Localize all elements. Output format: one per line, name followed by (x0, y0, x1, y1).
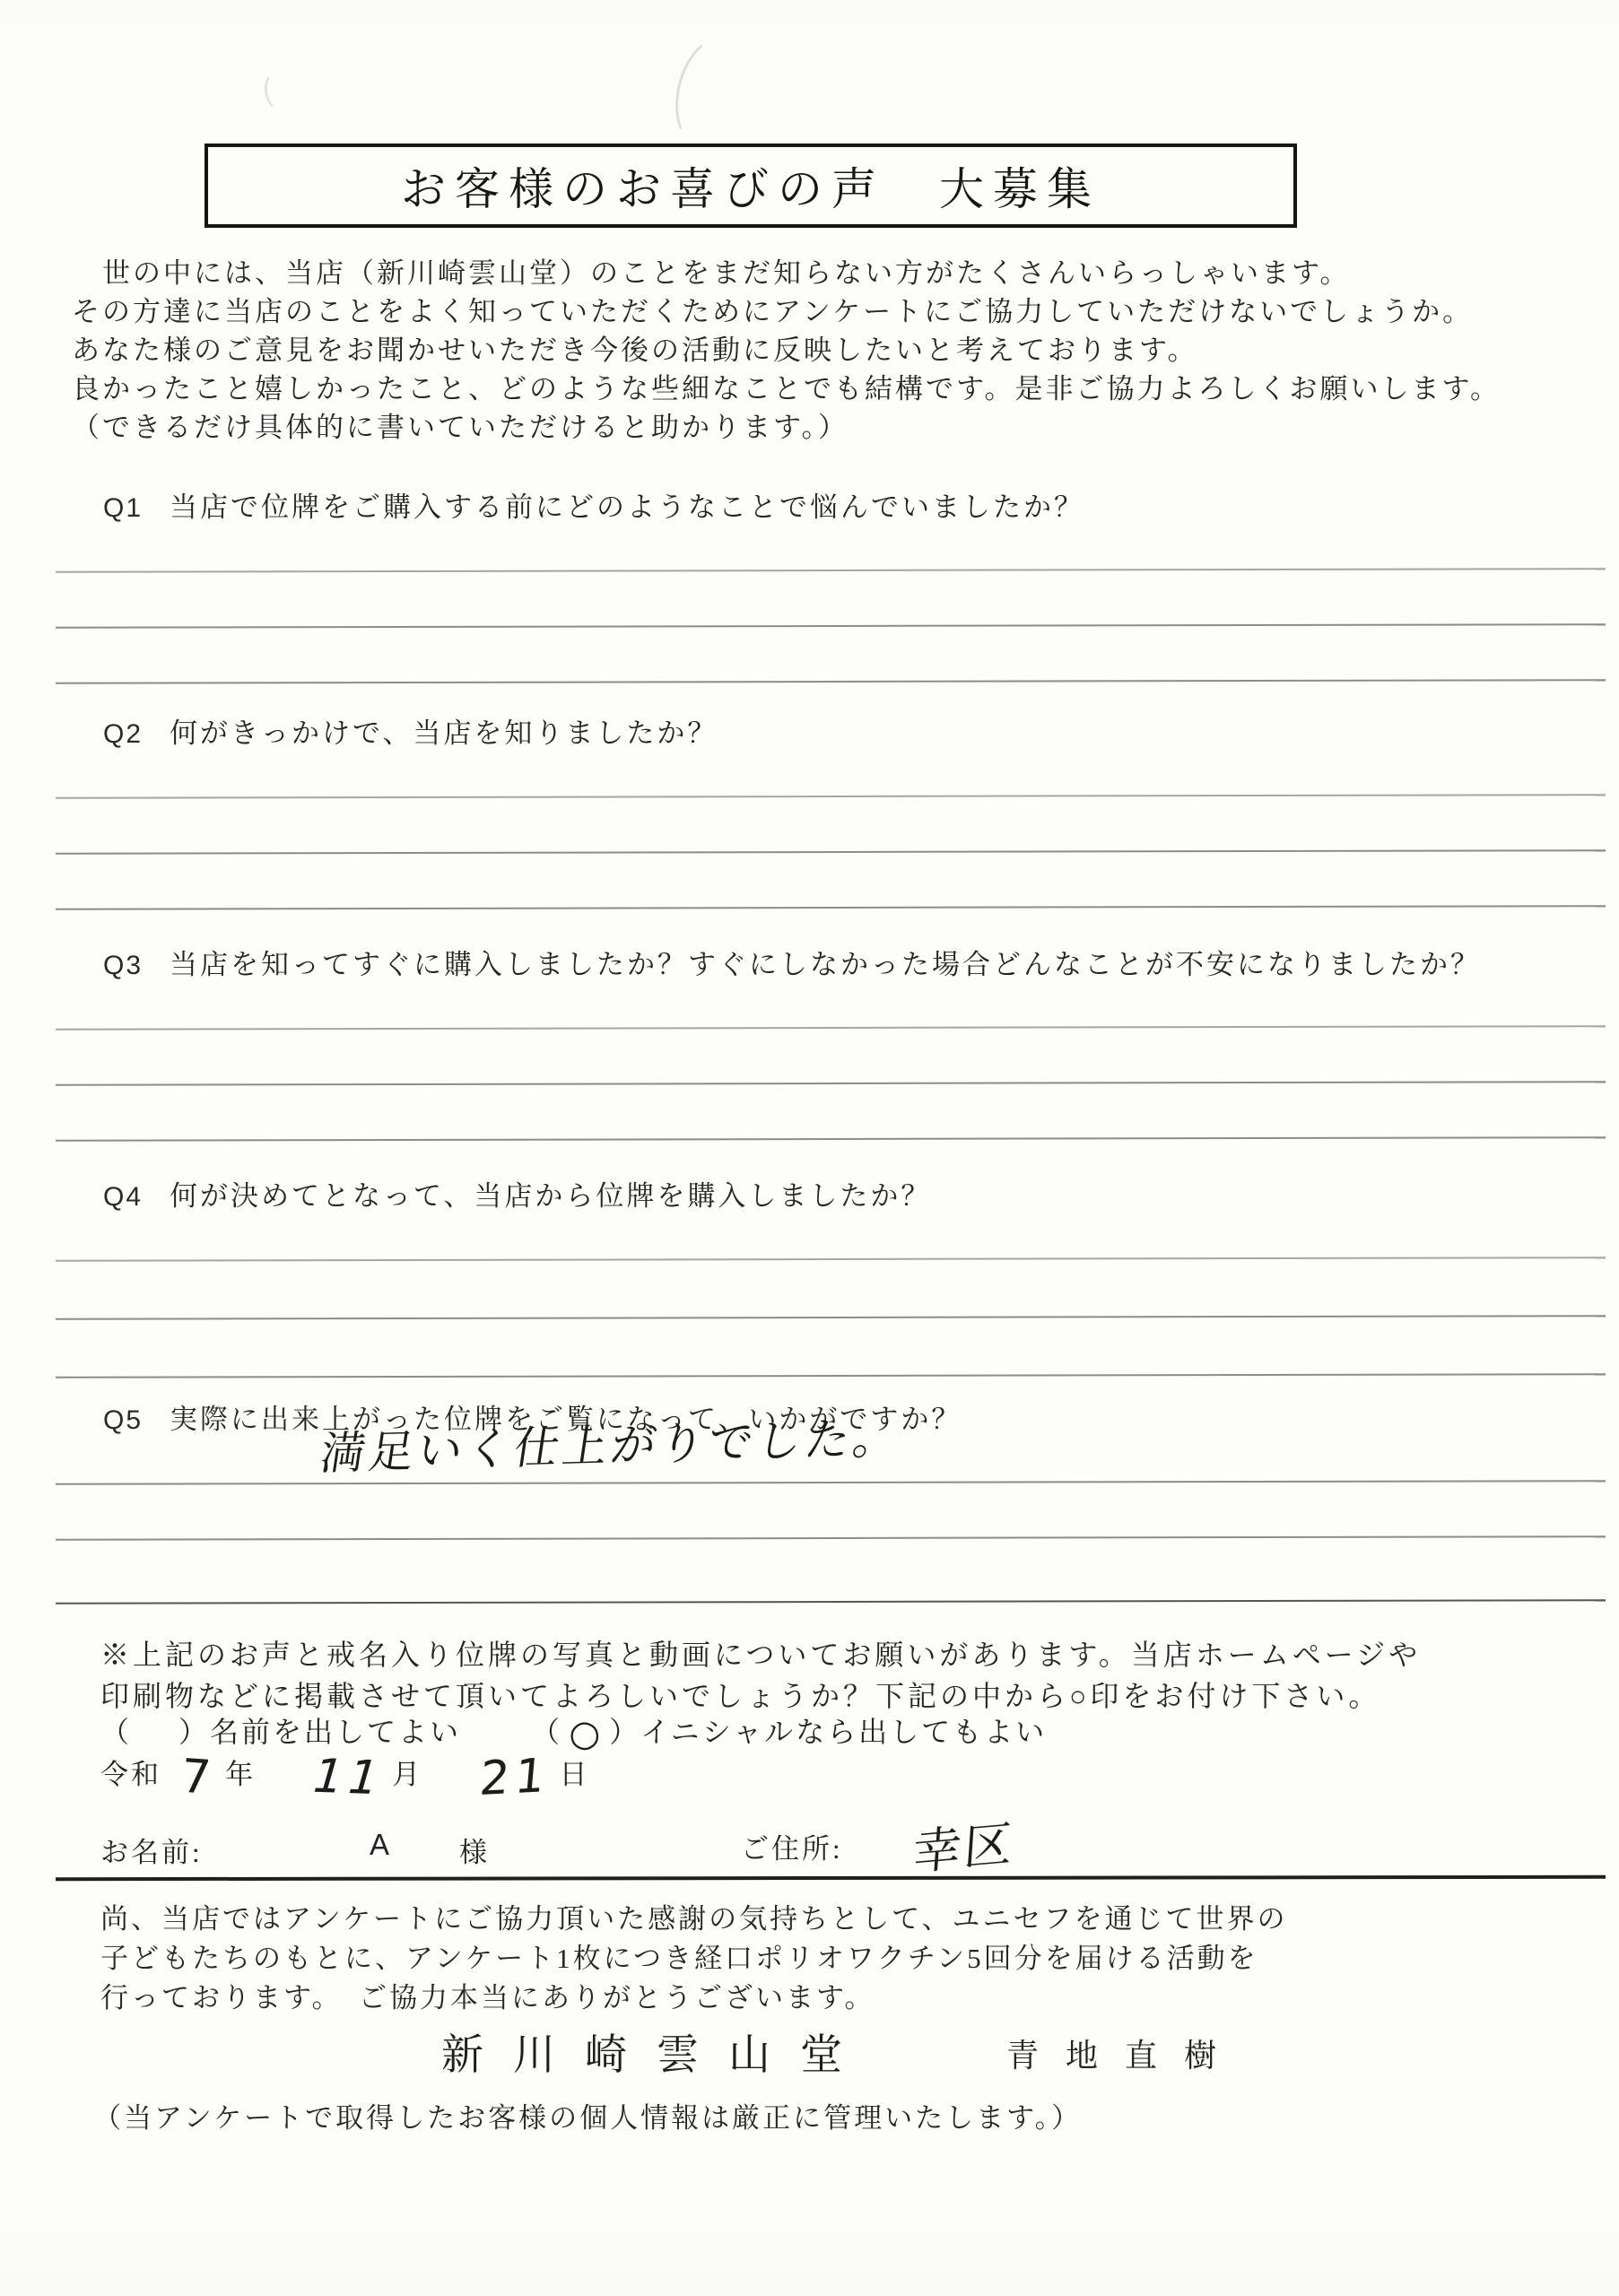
signature-underline (56, 1875, 1606, 1881)
intro-line: 世の中には、当店（新川崎雲山堂）のことをまだ知らない方がたくさんいらっしゃいます… (72, 254, 1579, 292)
question-label: Q5 (103, 1405, 143, 1435)
question-q1: Q1当店で位牌をご購入する前にどのようなことで悩んでいましたか？ (103, 484, 1084, 525)
section-divider (56, 1599, 1606, 1605)
date-year-unit: 年 (225, 1759, 256, 1790)
answer-line (56, 1315, 1606, 1320)
paren-close: ） (178, 1716, 210, 1748)
question-text: 当店を知ってすぐに購入しましたか？すぐにしなかった場合どんなことが不安になりまし… (170, 949, 1481, 980)
shop-name: 新川崎雲山堂 (441, 2022, 872, 2082)
answer-line (56, 679, 1606, 684)
scan-smudge (262, 68, 296, 113)
intro-line: あなた様のご意見をお聞かせいただき今後の活動に反映したいと考えております。 (72, 331, 1579, 370)
page-title: お客様のお喜びの声 大募集 (401, 153, 1101, 218)
date-year-handwritten: 7 (179, 1750, 218, 1806)
consent-option-label: 名前を出してよい (210, 1716, 461, 1748)
date-era-label: 令和 (100, 1759, 161, 1790)
question-text: 何がきっかけで、当店を知りましたか？ (170, 717, 718, 749)
question-label: Q2 (103, 719, 143, 749)
closing-paragraph: 尚、当店ではアンケートにご協力頂いた感謝の気持ちとして、ユニセフを通じて世界の … (100, 1900, 1580, 2018)
title-box: お客様のお喜びの声 大募集 (205, 143, 1297, 228)
question-q2: Q2何がきっかけで、当店を知りましたか？ (103, 710, 718, 751)
consent-options: （）名前を出してよい（○）イニシャルなら出してもよい (100, 1709, 1047, 1754)
owner-name: 青地直樹 (1006, 2031, 1243, 2076)
closing-note-line: 尚、当店ではアンケートにご協力頂いた感謝の気持ちとして、ユニセフを通じて世界の (100, 1900, 1580, 1939)
question-text: 何が決めてとなって、当店から位牌を購入しましたか？ (170, 1180, 931, 1212)
consent-option-initial: （○）イニシャルなら出してもよい (531, 1709, 1047, 1754)
paren-close: ） (609, 1716, 640, 1748)
answer-line (56, 1480, 1606, 1485)
address-value-handwritten: 幸区 (910, 1805, 1017, 1884)
closing-note-line: 行っております。 ご協力本当にありがとうございます。 (100, 1979, 1580, 2018)
intro-line: その方達に当店のことをよく知っていただくためにアンケートにご協力していただけない… (72, 292, 1579, 331)
answer-line (56, 794, 1606, 799)
name-label: お名前: (100, 1830, 203, 1870)
paren-open: （ (531, 1716, 562, 1748)
date-day-handwritten: 21 (478, 1749, 553, 1806)
question-q3: Q3当店を知ってすぐに購入しましたか？すぐにしなかった場合どんなことが不安になり… (103, 942, 1481, 982)
answer-line (56, 905, 1606, 910)
question-q4: Q4何が決めてとなって、当店から位牌を購入しましたか？ (103, 1173, 931, 1213)
scan-smudge (665, 30, 758, 156)
question-label: Q1 (103, 493, 143, 523)
question-text: 当店で位牌をご購入する前にどのようなことで悩んでいましたか？ (170, 491, 1084, 523)
intro-paragraph: 世の中には、当店（新川崎雲山堂）のことをまだ知らない方がたくさんいらっしゃいます… (72, 254, 1579, 447)
intro-line: （できるだけ具体的に書いていただけると助かります。） (72, 408, 1579, 447)
name-value: A (370, 1828, 392, 1862)
address-label: ご住所: (741, 1826, 843, 1866)
privacy-note: （当アンケートで取得したお客様の個人情報は厳正に管理いたします。） (93, 2095, 1082, 2135)
honorific-label: 様 (459, 1830, 490, 1870)
answer-line (56, 1136, 1606, 1142)
answer-line (56, 623, 1606, 629)
question-label: Q3 (103, 951, 143, 980)
date-day-unit: 日 (559, 1759, 589, 1790)
paren-open: （ (100, 1716, 132, 1748)
answer-line (56, 1257, 1606, 1262)
answer-line (56, 1025, 1606, 1031)
survey-page: お客様のお喜びの声 大募集 世の中には、当店（新川崎雲山堂）のことをまだ知らない… (0, 0, 1619, 2296)
closing-note-line: 子どもたちのもとに、アンケート1枚につき経口ポリオワクチン5回分を届ける活動を (100, 1939, 1580, 1979)
consent-option-name: （）名前を出してよい (100, 1709, 461, 1751)
intro-line: 良かったこと嬉しかったこと、どのような些細なことでも結構です。是非ご協力よろしく… (72, 370, 1579, 408)
date-month-unit: 月 (392, 1759, 422, 1790)
consent-note-line: ※上記のお声と戒名入り位牌の写真と動画についてお願いがあります。当店ホームページ… (100, 1632, 1421, 1674)
date-line: 令和7年11月21日 (100, 1751, 589, 1805)
date-month-handwritten: 11 (306, 1750, 391, 1805)
answer-line (56, 1081, 1606, 1086)
answer-line (56, 849, 1606, 855)
answer-line (56, 1373, 1606, 1378)
question-label: Q4 (103, 1182, 143, 1212)
answer-line (56, 1535, 1606, 1541)
consent-option-label: イニシャルなら出してもよい (640, 1716, 1047, 1748)
answer-line (56, 568, 1606, 573)
